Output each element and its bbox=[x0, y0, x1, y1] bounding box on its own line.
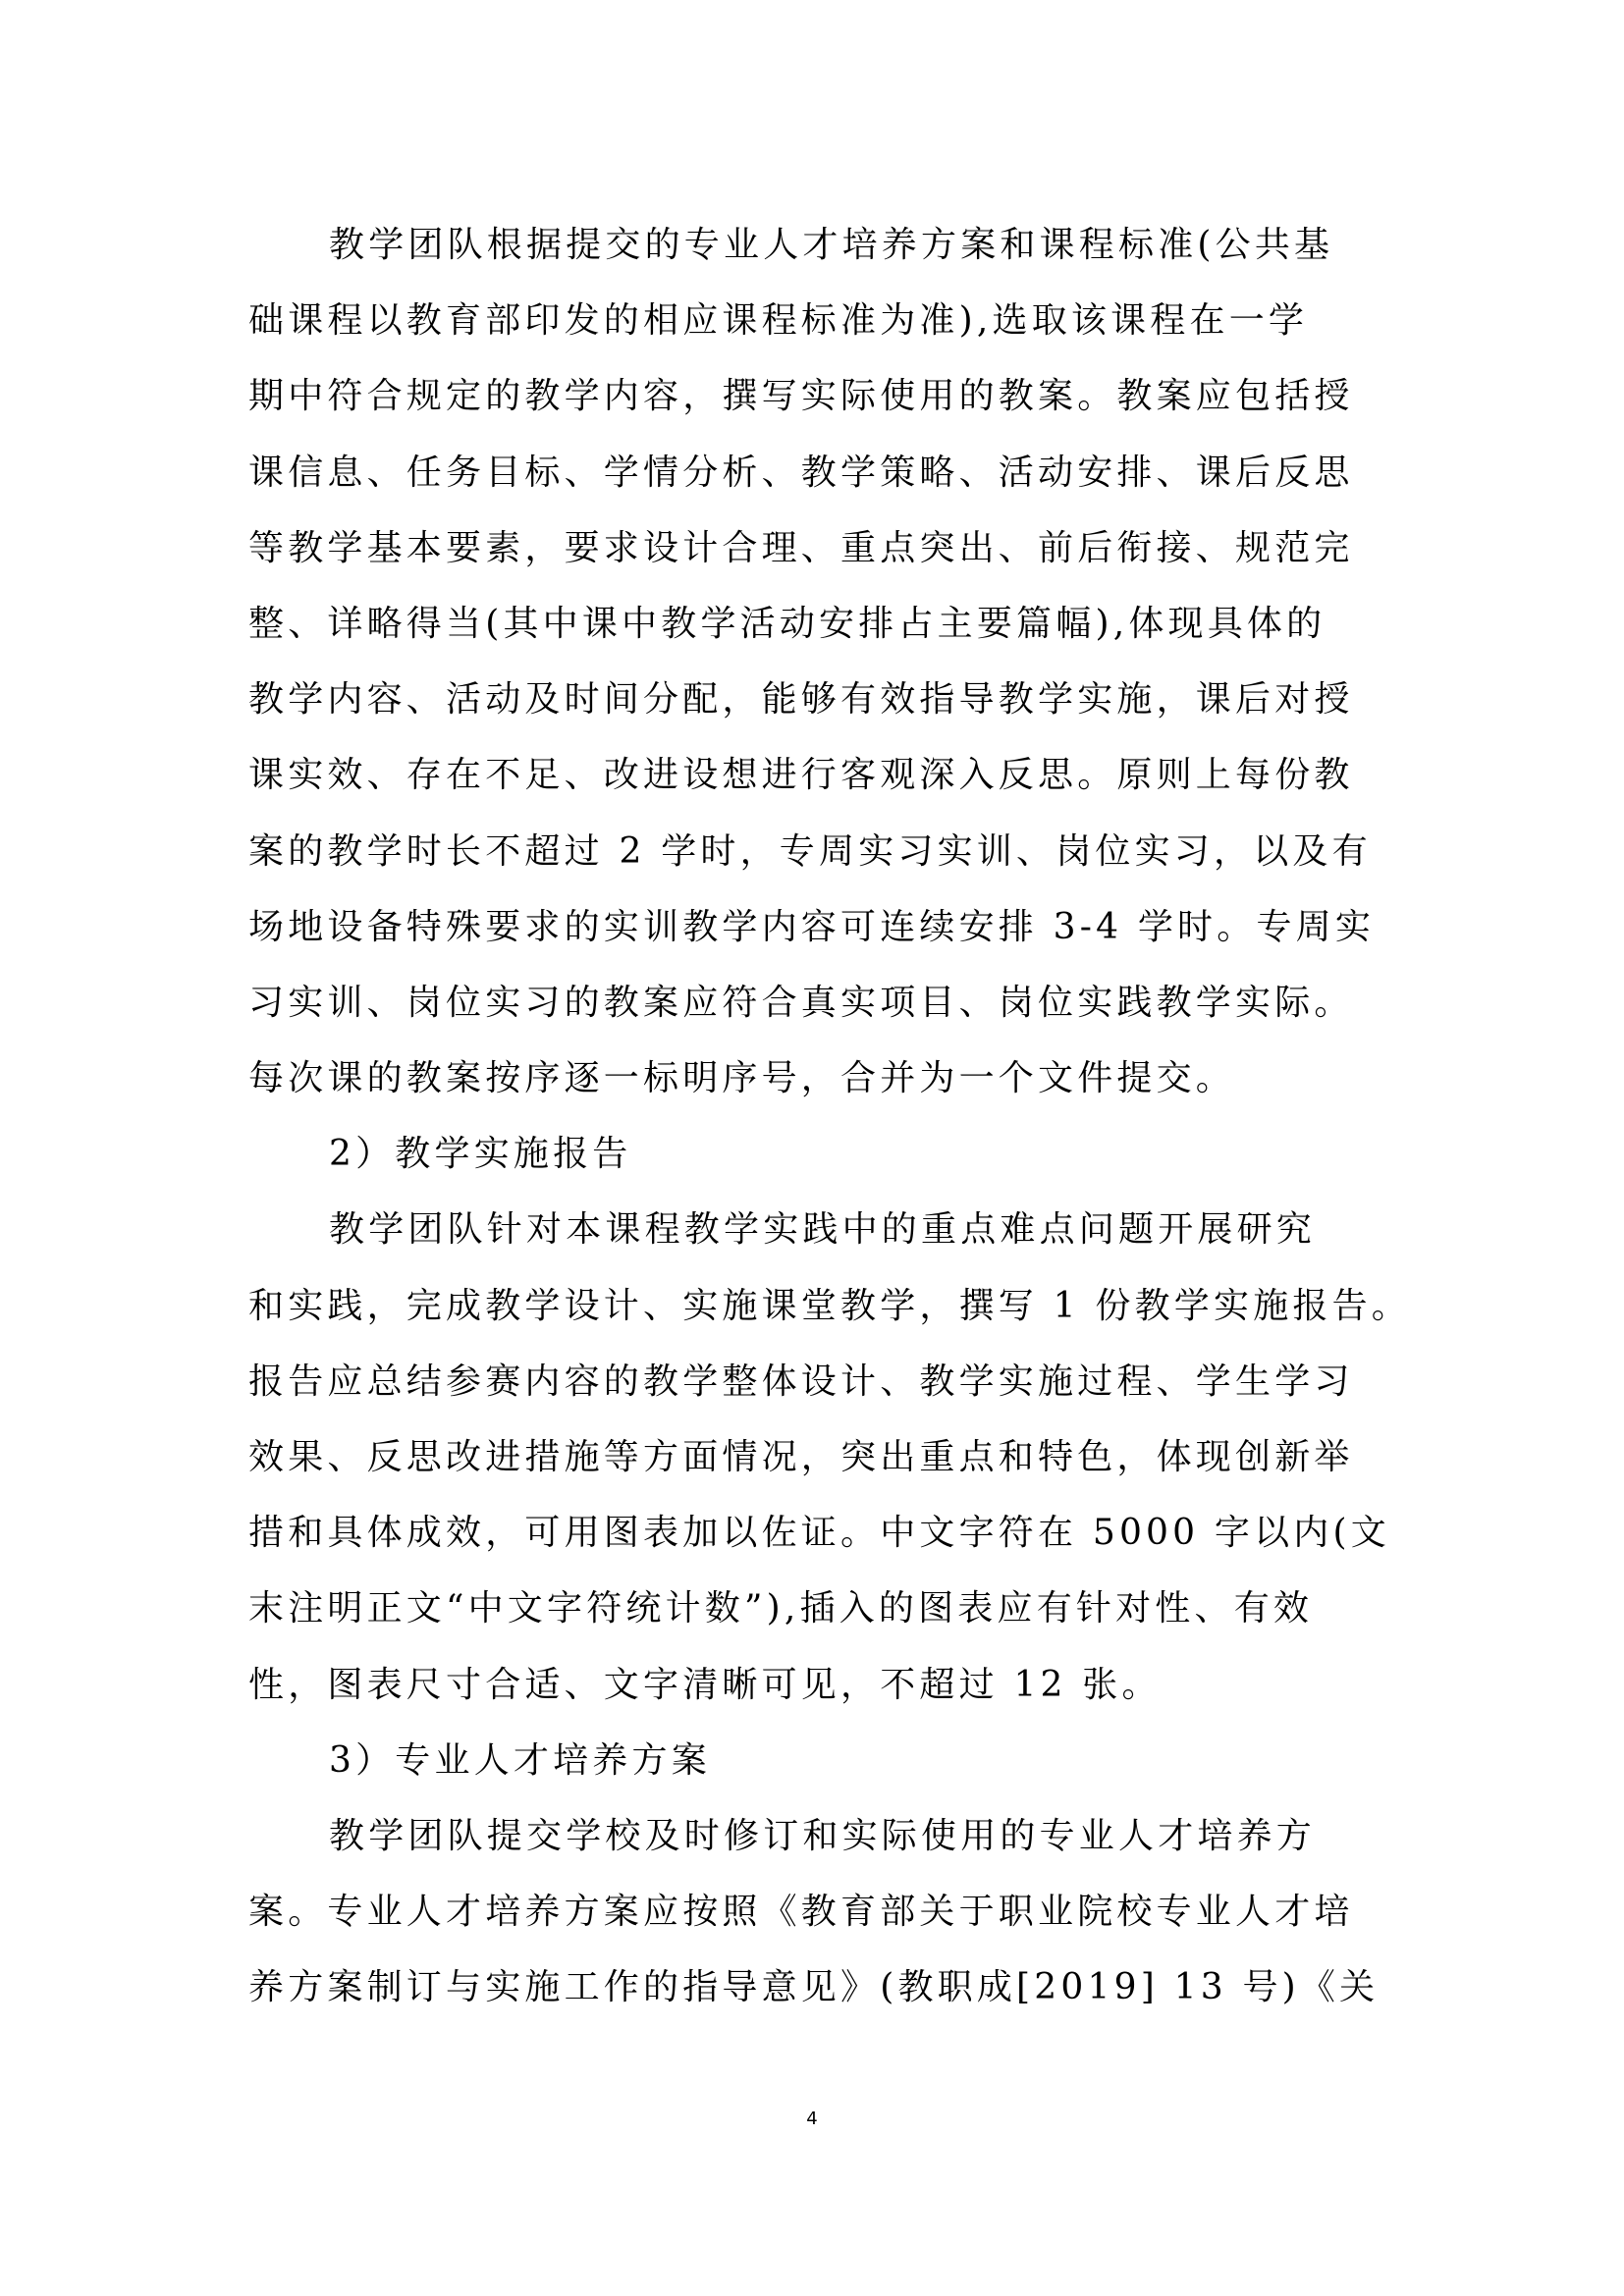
section-heading-talent-plan: 3）专业人才培养方案 bbox=[248, 1734, 1378, 1809]
paragraph-line: 措和具体成效，可用图表加以佐证。中文字符在 5000 字以内(文 bbox=[248, 1506, 1378, 1581]
paragraph-line: 性，图表尺寸合适、文字清晰可见，不超过 12 张。 bbox=[248, 1658, 1378, 1734]
paragraph-line: 案。专业人才培养方案应按照《教育部关于职业院校专业人才培 bbox=[248, 1885, 1378, 1960]
paragraph-line: 教学内容、活动及时间分配，能够有效指导教学实施，课后对授 bbox=[248, 672, 1378, 748]
paragraph-line: 期中符合规定的教学内容，撰写实际使用的教案。教案应包括授 bbox=[248, 369, 1378, 445]
page-number: 4 bbox=[0, 2109, 1624, 2129]
paragraph-line: 每次课的教案按序逐一标明序号，合并为一个文件提交。 bbox=[248, 1051, 1378, 1127]
paragraph-line: 养方案制订与实施工作的指导意见》(教职成[2019] 13 号)《关 bbox=[248, 1960, 1378, 2036]
paragraph-line: 课实效、存在不足、改进设想进行客观深入反思。原则上每份教 bbox=[248, 748, 1378, 824]
document-page-body: 教学团队根据提交的专业人才培养方案和课程标准(公共基 础课程以教育部印发的相应课… bbox=[248, 218, 1378, 2037]
paragraph-line: 案的教学时长不超过 2 学时，专周实习实训、岗位实习，以及有 bbox=[248, 825, 1378, 900]
paragraph-line: 场地设备特殊要求的实训教学内容可连续安排 3-4 学时。专周实 bbox=[248, 900, 1378, 976]
section-heading-teaching-report: 2）教学实施报告 bbox=[248, 1127, 1378, 1202]
paragraph-line: 整、详略得当(其中课中教学活动安排占主要篇幅),体现具体的 bbox=[248, 597, 1378, 672]
paragraph-line: 等教学基本要素，要求设计合理、重点突出、前后衔接、规范完 bbox=[248, 521, 1378, 597]
paragraph-line: 教学团队提交学校及时修订和实际使用的专业人才培养方 bbox=[248, 1809, 1378, 1885]
paragraph-line: 教学团队根据提交的专业人才培养方案和课程标准(公共基 bbox=[248, 218, 1378, 294]
paragraph-line: 教学团队针对本课程教学实践中的重点难点问题开展研究 bbox=[248, 1202, 1378, 1278]
paragraph-line: 习实训、岗位实习的教案应符合真实项目、岗位实践教学实际。 bbox=[248, 976, 1378, 1051]
paragraph-line: 末注明正文“中文字符统计数”),插入的图表应有针对性、有效 bbox=[248, 1581, 1378, 1657]
paragraph-line: 课信息、任务目标、学情分析、教学策略、活动安排、课后反思 bbox=[248, 446, 1378, 521]
paragraph-line: 效果、反思改进措施等方面情况，突出重点和特色，体现创新举 bbox=[248, 1430, 1378, 1506]
paragraph-line: 础课程以教育部印发的相应课程标准为准),选取该课程在一学 bbox=[248, 294, 1378, 369]
paragraph-line: 报告应总结参赛内容的教学整体设计、教学实施过程、学生学习 bbox=[248, 1355, 1378, 1430]
paragraph-line: 和实践，完成教学设计、实施课堂教学，撰写 1 份教学实施报告。 bbox=[248, 1279, 1378, 1355]
